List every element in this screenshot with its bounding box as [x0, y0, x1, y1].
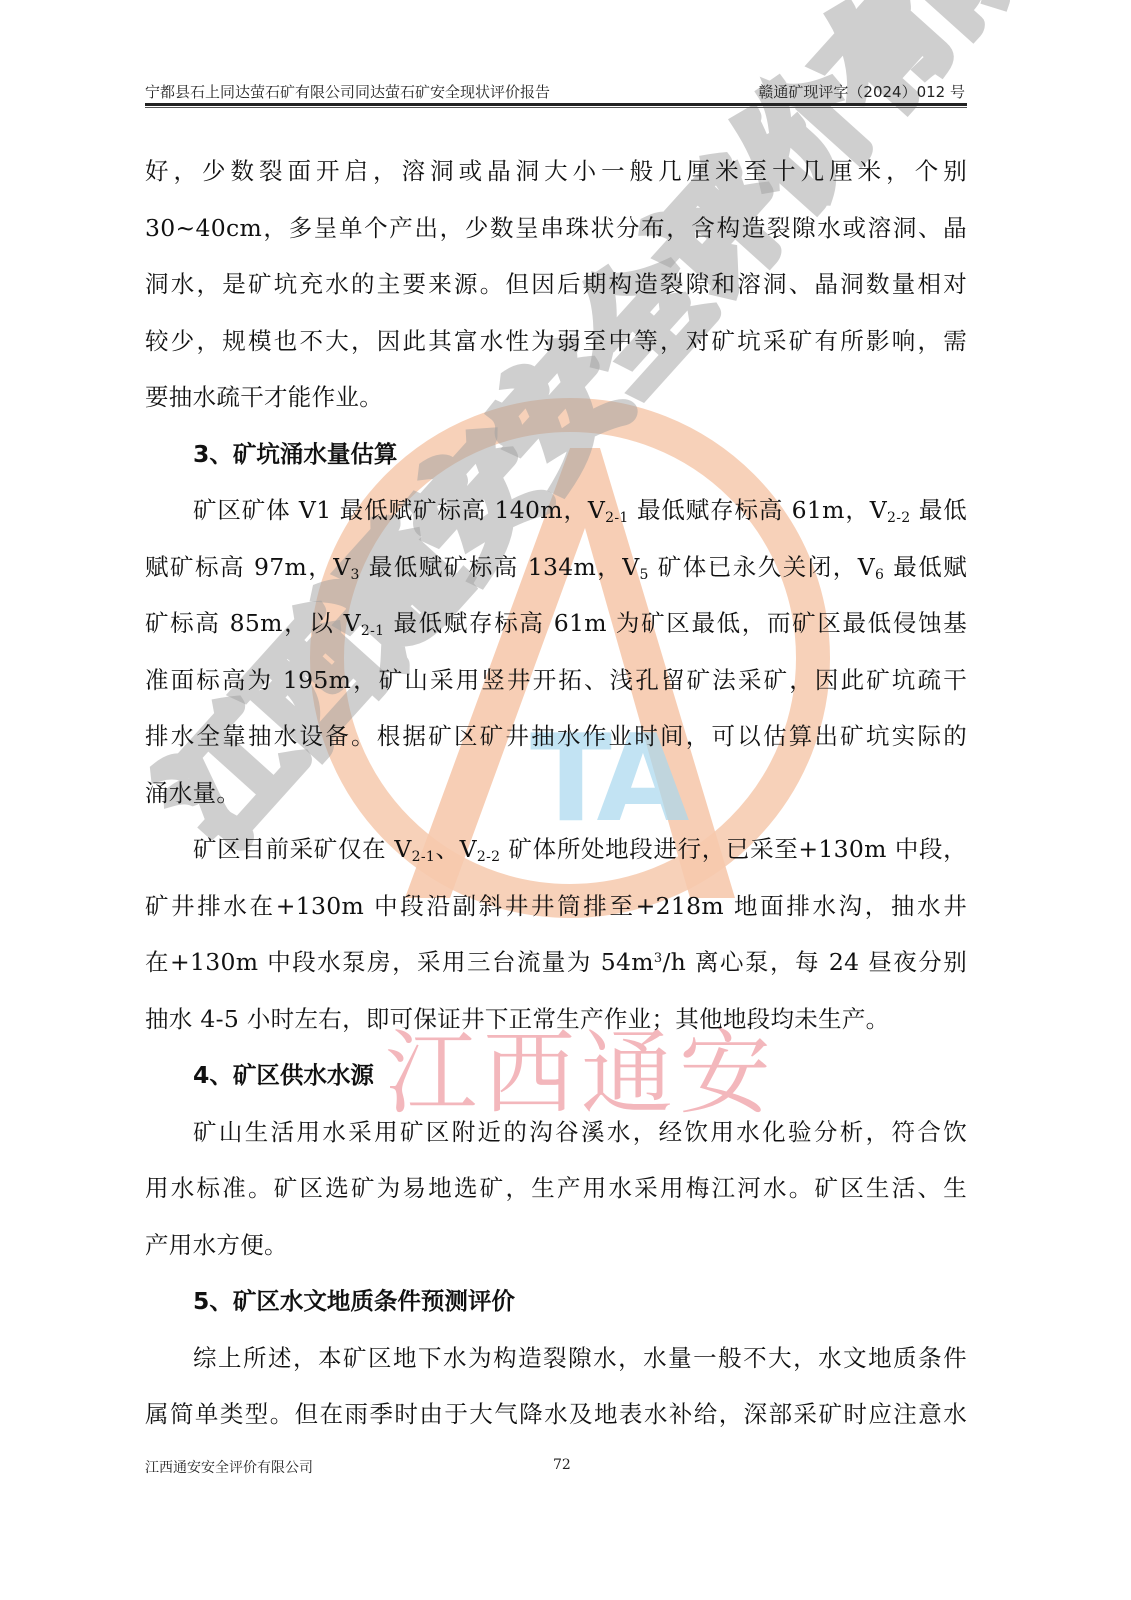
- text-line: 矿区矿体 V1 最低赋矿标高 140m，V2-1 最低赋存标高 61m，V2-2…: [145, 487, 967, 544]
- header-rule-thin: [145, 107, 967, 108]
- paragraph-3: 矿区目前采矿仅在 V2-1、V2-2 矿体所处地段进行，已采至+130m 中段，…: [145, 826, 967, 1052]
- text-line: 综上所述，本矿区地下水为构造裂隙水，水量一般不大，水文地质条件: [145, 1335, 967, 1392]
- paragraph-5: 综上所述，本矿区地下水为构造裂隙水，水量一般不大，水文地质条件 属简单类型。但在…: [145, 1335, 967, 1448]
- paragraph-4: 矿山生活用水采用矿区附近的沟谷溪水，经饮用水化验分析，符合饮 用水标准。矿区选矿…: [145, 1109, 967, 1279]
- text-line: 属简单类型。但在雨季时由于大气降水及地表水补给，深部采矿时应注意水: [145, 1391, 967, 1448]
- text-line: 排水全靠抽水设备。根据矿区矿井抽水作业时间，可以估算出矿坑实际的: [145, 713, 967, 770]
- page-header: 宁都县石上同达萤石矿有限公司同达萤石矿安全现状评价报告 赣通矿现评字（2024）…: [145, 78, 965, 102]
- section-heading-4: 4、矿区供水水源: [145, 1052, 967, 1109]
- text-line: 矿井排水在+130m 中段沿副斜井井筒排至+218m 地面排水沟，抽水井: [145, 883, 967, 940]
- text-line: 准面标高为 195m，矿山采用竖井开拓、浅孔留矿法采矿，因此矿坑疏干: [145, 657, 967, 714]
- footer-company: 江西通安安全评价有限公司: [145, 1457, 313, 1477]
- text-line: 要抽水疏干才能作业。: [145, 374, 967, 431]
- text-line: 抽水 4-5 小时左右，即可保证井下正常生产作业；其他地段均未生产。: [145, 996, 967, 1053]
- section-heading-5: 5、矿区水文地质条件预测评价: [145, 1278, 967, 1335]
- section-heading-3: 3、矿坑涌水量估算: [145, 431, 967, 488]
- text-line: 较少，规模也不大，因此其富水性为弱至中等，对矿坑采矿有所影响，需: [145, 318, 967, 375]
- text-line: 产用水方便。: [145, 1222, 967, 1279]
- paragraph-1: 好，少数裂面开启，溶洞或晶洞大小一般几厘米至十几厘米，个别 30~40cm，多呈…: [145, 148, 967, 431]
- text-line: 矿区目前采矿仅在 V2-1、V2-2 矿体所处地段进行，已采至+130m 中段，: [145, 826, 967, 883]
- text-line: 矿标高 85m，以 V2-1 最低赋存标高 61m 为矿区最低，而矿区最低侵蚀基: [145, 600, 967, 657]
- text-line: 在+130m 中段水泵房，采用三台流量为 54m3/h 离心泵，每 24 昼夜分…: [145, 939, 967, 996]
- text-line: 用水标准。矿区选矿为易地选矿，生产用水采用梅江河水。矿区生活、生: [145, 1165, 967, 1222]
- text-line: 洞水，是矿坑充水的主要来源。但因后期构造裂隙和溶洞、晶洞数量相对: [145, 261, 967, 318]
- report-title: 宁都县石上同达萤石矿有限公司同达萤石矿安全现状评价报告: [145, 81, 550, 102]
- text-line: 赋矿标高 97m，V3 最低赋矿标高 134m，V5 矿体已永久关闭，V6 最低…: [145, 544, 967, 601]
- text-line: 好，少数裂面开启，溶洞或晶洞大小一般几厘米至十几厘米，个别: [145, 148, 967, 205]
- page-number: 72: [553, 1457, 571, 1473]
- document-number: 赣通矿现评字（2024）012 号: [758, 81, 965, 102]
- text-line: 30~40cm，多呈单个产出，少数呈串珠状分布，含构造裂隙水或溶洞、晶: [145, 205, 967, 262]
- document-body: 好，少数裂面开启，溶洞或晶洞大小一般几厘米至十几厘米，个别 30~40cm，多呈…: [145, 148, 967, 1448]
- header-rule: [145, 103, 967, 106]
- paragraph-2: 矿区矿体 V1 最低赋矿标高 140m，V2-1 最低赋存标高 61m，V2-2…: [145, 487, 967, 826]
- text-line: 矿山生活用水采用矿区附近的沟谷溪水，经饮用水化验分析，符合饮: [145, 1109, 967, 1166]
- text-line: 涌水量。: [145, 770, 967, 827]
